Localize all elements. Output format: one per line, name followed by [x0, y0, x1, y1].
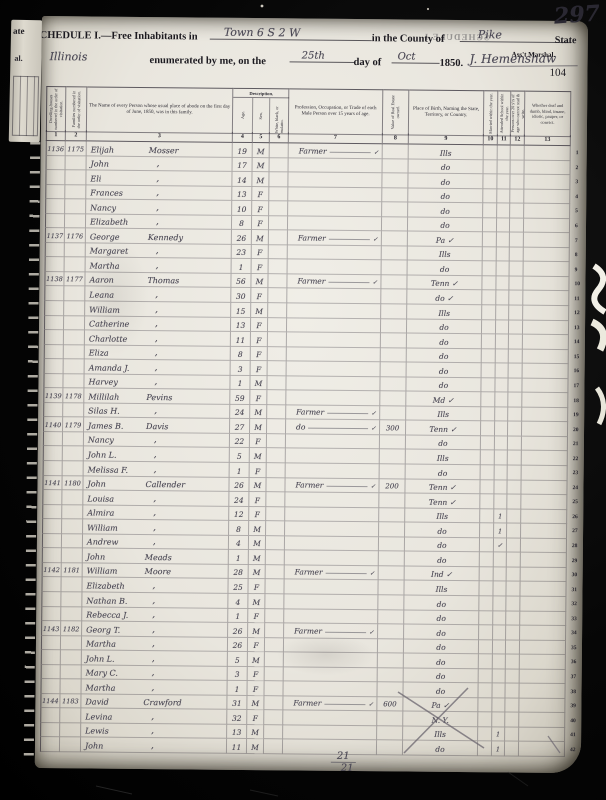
- cell-birthplace: Ills: [403, 726, 478, 741]
- cell-name: WilliamMoore: [83, 563, 229, 579]
- occupation-text: Farmer: [296, 408, 324, 417]
- cell-occupation: [286, 391, 380, 406]
- cell-occupation: Farmer✓: [283, 696, 377, 711]
- cell-age: 12: [229, 506, 249, 521]
- cell-value: [378, 595, 404, 610]
- cell-family-number: [64, 359, 85, 374]
- cell-illiterate: [506, 582, 520, 597]
- cell-married: [482, 363, 496, 378]
- cell-family-number: [63, 447, 84, 462]
- cell-school: [496, 320, 509, 335]
- cell-age: 30: [231, 288, 251, 303]
- cell-name: GeorgeKennedy: [86, 229, 232, 245]
- cell-birthplace: do: [408, 217, 483, 232]
- cell-school: [495, 465, 508, 480]
- state-label: State: [555, 35, 577, 46]
- cell-occupation: Farmer✓: [286, 405, 380, 420]
- cell-name: Martha,: [86, 258, 232, 274]
- cell-value: [381, 348, 407, 363]
- cell-occupation: [286, 463, 380, 478]
- cell-name: ElijahMosser: [87, 141, 233, 157]
- cell-color: [268, 289, 287, 304]
- cell-school: [493, 582, 506, 597]
- cell-name: Almira,: [83, 505, 229, 521]
- given-name: John L.: [88, 450, 117, 459]
- cell-dwelling-number: 1136: [46, 141, 66, 156]
- cell-occupation: [285, 536, 379, 551]
- cell-age: 31: [227, 696, 247, 711]
- cell-occupation: [284, 638, 378, 653]
- pen-flourish: [327, 413, 368, 414]
- cell-family-number: [62, 519, 83, 534]
- cell-sex: M: [251, 303, 268, 318]
- cell-sex: M: [248, 623, 265, 638]
- cell-birthplace: do: [404, 654, 479, 669]
- cell-occupation: [288, 187, 382, 202]
- census-sheet: SCHEDULE I SCHEDULE I.—Free Inhabitants …: [35, 16, 588, 773]
- given-name: Mary C.: [86, 669, 118, 678]
- year-label: 1850.: [440, 58, 464, 69]
- cell-sex: M: [249, 536, 266, 551]
- cell-sex: F: [252, 216, 269, 231]
- cell-sex: F: [252, 245, 269, 260]
- cell-school: [496, 349, 509, 364]
- cell-remarks: [522, 393, 568, 408]
- cell-remarks: [523, 364, 569, 379]
- cell-family-number: [64, 287, 85, 302]
- cell-illiterate: [505, 698, 519, 713]
- cell-value: [383, 159, 409, 174]
- row-line-number: 39: [565, 699, 581, 714]
- cell-married: [479, 625, 493, 640]
- cell-married: [482, 305, 496, 320]
- ditto-mark: ,: [154, 465, 157, 475]
- cell-name: Georg T.,: [82, 621, 228, 637]
- column-header-birthplace: Place of Birth, Naming the State, Territ…: [409, 90, 484, 137]
- row-line-number: 4: [570, 190, 586, 205]
- cell-illiterate: [506, 655, 520, 670]
- ditto-mark: ,: [151, 712, 154, 722]
- cell-age: 5: [230, 448, 250, 463]
- row-line-number: 5: [570, 204, 586, 219]
- cell-sex: F: [248, 667, 265, 682]
- cell-dwelling-number: 1144: [40, 694, 60, 709]
- occupation-text: Farmer: [295, 568, 323, 577]
- cell-family-number: [61, 592, 82, 607]
- cell-name: Catherine,: [85, 316, 231, 332]
- ditto-mark: ,: [155, 334, 158, 344]
- cell-remarks: [522, 437, 568, 452]
- cell-birthplace: do: [406, 435, 481, 450]
- cell-age: 4: [229, 536, 249, 551]
- cell-illiterate: [509, 306, 523, 321]
- given-name: Frances: [90, 189, 123, 198]
- cell-name: Harvey,: [84, 374, 230, 390]
- cell-illiterate: [509, 349, 523, 364]
- cell-family-number: [64, 330, 85, 345]
- cell-school: [496, 276, 509, 291]
- cell-name: JohnCallender: [83, 476, 229, 492]
- cell-occupation: [287, 362, 381, 377]
- given-name: Almira: [87, 509, 114, 518]
- cell-value: [378, 639, 404, 654]
- cell-dwelling-number: [44, 316, 64, 331]
- cell-value: [379, 566, 405, 581]
- cell-dwelling-number: 1138: [44, 272, 64, 287]
- film-scratch: [96, 786, 132, 794]
- cell-dwelling-number: [40, 723, 60, 738]
- film-artifact: [594, 266, 605, 312]
- ditto-mark: ,: [156, 174, 159, 184]
- row-line-number: 34: [566, 626, 582, 641]
- cell-remarks: [525, 146, 571, 161]
- cell-remarks: [523, 335, 569, 350]
- cell-sex: M: [248, 594, 265, 609]
- row-line-number: 8: [570, 248, 586, 263]
- cell-value: [381, 290, 407, 305]
- column-header-school: Attended School within the year.: [498, 90, 511, 136]
- cell-name: Leana,: [85, 287, 231, 303]
- cell-sex: F: [249, 507, 266, 522]
- cell-value: [382, 173, 408, 188]
- cell-married: [481, 378, 495, 393]
- cell-color: [268, 361, 287, 376]
- cell-birthplace: Ills: [405, 508, 480, 523]
- cell-school: [495, 422, 508, 437]
- cell-value: [380, 464, 406, 479]
- cell-age: 26: [228, 637, 248, 652]
- cell-age: 3: [231, 361, 251, 376]
- cell-color: [266, 478, 285, 493]
- cell-family-number: [61, 636, 82, 651]
- cell-remarks: [522, 378, 568, 393]
- cell-age: 19: [233, 143, 253, 158]
- cell-sex: F: [251, 288, 268, 303]
- cell-family-number: [63, 403, 84, 418]
- cell-occupation: Farmer✓: [289, 143, 383, 158]
- ditto-mark: ,: [154, 406, 157, 416]
- cell-illiterate: [510, 204, 524, 219]
- row-line-number: 6: [570, 219, 586, 234]
- cell-illiterate: [505, 742, 519, 757]
- cell-dwelling-number: [43, 447, 63, 462]
- cell-illiterate: [507, 480, 521, 495]
- cell-birthplace: do: [409, 159, 484, 174]
- cell-color: [267, 463, 286, 478]
- film-scratch: [250, 790, 278, 796]
- cell-age: 56: [231, 274, 251, 289]
- cell-family-number: 1180: [62, 476, 83, 491]
- cell-name: William,: [83, 520, 229, 536]
- cell-occupation: Farmer✓: [285, 565, 379, 580]
- cell-color: [264, 725, 283, 740]
- given-name: John: [91, 160, 109, 169]
- cell-illiterate: [510, 175, 524, 190]
- cell-name: JohnMeads: [83, 549, 229, 565]
- given-name: John: [87, 552, 105, 561]
- column-number: 11: [498, 134, 511, 145]
- cell-married: [479, 611, 493, 626]
- check-mark: ✓: [371, 411, 376, 418]
- cell-family-number: [63, 432, 84, 447]
- cell-illiterate: [506, 626, 520, 641]
- cell-dwelling-number: [44, 359, 64, 374]
- cell-color: [269, 260, 288, 275]
- township-field: Town 6 S 2 W: [210, 26, 372, 42]
- pen-flourish: [308, 428, 368, 430]
- cell-occupation: [288, 216, 382, 231]
- cell-school: 1: [494, 524, 507, 539]
- cell-name: William,: [85, 301, 231, 317]
- cell-dwelling-number: [45, 214, 65, 229]
- cell-dwelling-number: [41, 636, 61, 651]
- cell-sex: M: [249, 521, 266, 536]
- cell-sex: M: [247, 696, 264, 711]
- cell-name: Rebecca J.,: [82, 607, 228, 623]
- occupation-text: do: [296, 422, 305, 431]
- cell-occupation: [288, 172, 382, 187]
- cell-married: [479, 640, 493, 655]
- cell-family-number: [64, 316, 85, 331]
- row-line-number: 14: [569, 335, 585, 350]
- cell-name: Martha,: [81, 680, 227, 696]
- cell-dwelling-number: [44, 301, 64, 316]
- cell-illiterate: [511, 146, 525, 161]
- given-name: John L.: [86, 654, 115, 663]
- ditto-mark: ,: [156, 217, 159, 227]
- cell-name: Eliza,: [85, 345, 231, 361]
- given-name: Martha: [86, 683, 116, 692]
- cell-occupation: Farmer✓: [287, 274, 381, 289]
- given-name: Andrew: [87, 538, 119, 547]
- cell-remarks: [521, 480, 567, 495]
- cell-married: [480, 538, 494, 553]
- cell-color: [265, 580, 284, 595]
- cell-birthplace: Ills: [409, 145, 484, 160]
- cell-value: [382, 261, 408, 276]
- ditto-mark: ,: [151, 727, 154, 737]
- cell-occupation: Farmer✓: [285, 478, 379, 493]
- cell-school: [496, 305, 509, 320]
- cell-name: Levina,: [81, 709, 227, 725]
- row-line-number: 32: [566, 597, 582, 612]
- cell-value: 600: [377, 697, 403, 712]
- cell-family-number: [65, 214, 86, 229]
- cell-remarks: [520, 611, 566, 626]
- cell-value: [381, 304, 407, 319]
- check-mark: ✓: [368, 701, 373, 708]
- row-line-number: 30: [567, 568, 583, 583]
- cell-sex: M: [253, 158, 270, 173]
- check-mark: ✓: [373, 236, 378, 243]
- cell-name: Silas H.,: [84, 403, 230, 419]
- row-line-number: 13: [569, 321, 585, 336]
- cell-family-number: 1177: [64, 272, 85, 287]
- cell-married: [478, 713, 492, 728]
- surname: Davis: [146, 422, 168, 431]
- cell-school: [497, 189, 510, 204]
- cell-family-number: [64, 301, 85, 316]
- cell-age: 1: [230, 463, 250, 478]
- cell-color: [265, 667, 284, 682]
- pen-flourish: [325, 631, 366, 632]
- cell-school: ✓: [494, 538, 507, 553]
- cell-name: Nancy,: [86, 200, 232, 216]
- cell-age: 8: [229, 521, 249, 536]
- cell-sex: F: [251, 347, 268, 362]
- cell-remarks: [519, 684, 565, 699]
- cell-family-number: [64, 345, 85, 360]
- cell-school: [495, 393, 508, 408]
- check-mark: ✓: [369, 629, 374, 636]
- cell-value: [378, 653, 404, 668]
- given-name: Martha: [90, 261, 120, 270]
- cell-sex: F: [247, 710, 264, 725]
- cell-school: [492, 698, 505, 713]
- cell-illiterate: [506, 669, 520, 684]
- occupation-text: Farmer: [299, 146, 327, 155]
- cell-dwelling-number: 1142: [42, 563, 62, 578]
- cell-dwelling-number: [44, 287, 64, 302]
- cell-remarks: [522, 466, 568, 481]
- cell-married: [480, 494, 494, 509]
- cell-birthplace: N. Y.: [403, 712, 478, 727]
- cell-school: [494, 494, 507, 509]
- cell-occupation: [289, 158, 383, 173]
- ditto-mark: ,: [155, 305, 158, 315]
- cell-remarks: [519, 742, 565, 757]
- cell-color: [267, 405, 286, 420]
- ditto-mark: ,: [157, 159, 160, 169]
- cell-family-number: [65, 170, 86, 185]
- cell-family-number: 1176: [65, 229, 86, 244]
- given-name: William: [87, 567, 118, 576]
- cell-occupation: [285, 522, 379, 537]
- cell-age: 13: [227, 725, 247, 740]
- occupation-text: Farmer: [294, 626, 322, 635]
- ditto-mark: ,: [156, 203, 159, 213]
- cell-age: 4: [228, 594, 248, 609]
- cell-remarks: [520, 655, 566, 670]
- ditto-mark: ,: [152, 596, 155, 606]
- cell-sex: M: [247, 725, 264, 740]
- given-name: Aaron: [89, 276, 113, 285]
- cell-age: 1: [232, 259, 252, 274]
- cell-sex: M: [248, 652, 265, 667]
- cell-birthplace: do ✓: [407, 290, 482, 305]
- cell-value: [379, 552, 405, 567]
- cell-married: [481, 422, 495, 437]
- cell-birthplace: Ills: [406, 450, 481, 465]
- cell-married: [483, 262, 497, 277]
- tally-males: 21: [331, 751, 356, 763]
- cell-birthplace: do: [408, 261, 483, 276]
- cell-dwelling-number: [41, 607, 61, 622]
- cell-dwelling-number: [42, 505, 62, 520]
- pen-flourish: [328, 282, 369, 283]
- cell-school: 1: [492, 727, 505, 742]
- cell-remarks: [521, 553, 567, 568]
- cell-remarks: [519, 727, 565, 742]
- cell-color: [266, 521, 285, 536]
- cell-illiterate: [508, 466, 522, 481]
- cell-family-number: [61, 650, 82, 665]
- cell-color: [267, 434, 286, 449]
- given-name: George: [90, 232, 120, 241]
- edge-text-fragment: al.: [14, 54, 22, 63]
- cell-school: [497, 174, 510, 189]
- cell-value: [378, 610, 404, 625]
- cell-value: [379, 493, 405, 508]
- column-number: 13: [525, 135, 571, 146]
- cell-age: 8: [231, 346, 251, 361]
- cell-name: John L.,: [82, 651, 228, 667]
- surname: Pevins: [146, 393, 172, 402]
- cell-illiterate: [507, 553, 521, 568]
- cell-married: [480, 509, 494, 524]
- row-line-number: 9: [570, 262, 586, 277]
- cell-married: [481, 451, 495, 466]
- cell-birthplace: do: [405, 537, 480, 552]
- cell-name: James B.Davis: [84, 418, 230, 434]
- cell-age: 3: [228, 667, 248, 682]
- cell-value: [382, 188, 408, 203]
- cell-age: 11: [227, 739, 247, 754]
- edge-text-fragment: ate: [13, 26, 25, 36]
- cell-dwelling-number: [40, 708, 60, 723]
- cell-occupation: [284, 667, 378, 682]
- cell-married: [479, 596, 493, 611]
- cell-age: 25: [228, 579, 248, 594]
- cell-sex: F: [248, 609, 265, 624]
- cell-dwelling-number: 1137: [45, 228, 65, 243]
- cell-value: [380, 377, 406, 392]
- cell-color: [268, 332, 287, 347]
- cell-age: 23: [232, 245, 252, 260]
- cell-school: [495, 451, 508, 466]
- ditto-mark: ,: [152, 683, 155, 693]
- cell-age: 22: [230, 434, 250, 449]
- cell-birthplace: do: [404, 595, 479, 610]
- cell-remarks: [521, 567, 567, 582]
- cell-illiterate: [507, 509, 521, 524]
- prev-page-edge-strip: ate al.: [9, 20, 43, 143]
- cell-school: [494, 480, 507, 495]
- cell-birthplace: do: [408, 203, 483, 218]
- column-number: 10: [484, 134, 498, 145]
- cell-color: [267, 390, 286, 405]
- cell-name: Charlotte,: [85, 331, 231, 347]
- cell-name: Martha,: [82, 636, 228, 652]
- cell-illiterate: [508, 422, 522, 437]
- cell-married: [481, 436, 495, 451]
- check-mark: ✓: [370, 483, 375, 490]
- cell-dwelling-number: [42, 548, 62, 563]
- cell-dwelling-number: [42, 490, 62, 505]
- cell-family-number: [60, 738, 81, 753]
- cell-family-number: [65, 185, 86, 200]
- cell-value: [382, 217, 408, 232]
- given-name: John: [85, 741, 103, 750]
- cell-dwelling-number: [43, 403, 63, 418]
- cell-dwelling-number: 1139: [43, 388, 63, 403]
- given-name: Nathan B.: [86, 596, 127, 605]
- surname: Kennedy: [148, 233, 183, 242]
- cell-family-number: 1178: [63, 389, 84, 404]
- row-line-number: 7: [570, 233, 586, 248]
- row-line-number: 38: [565, 684, 581, 699]
- cell-remarks: [523, 291, 569, 306]
